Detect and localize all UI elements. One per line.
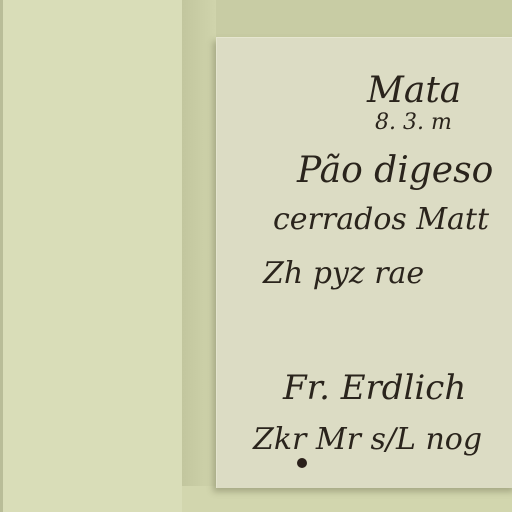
note-line-4: cerrados Matt <box>273 202 489 237</box>
mat-edge <box>0 0 3 512</box>
note-line-6: Fr. Erdlich <box>283 368 466 408</box>
mat-bottom <box>182 486 512 512</box>
note-line-3: Pão digeso <box>297 150 493 191</box>
note-line-5: Zh pyz rae <box>263 256 424 291</box>
note-line-1: Mata <box>367 70 461 111</box>
ink-blot <box>297 458 307 468</box>
note-line-2: 8. 3. m <box>375 110 452 135</box>
note-line-7: Zkr Mr s/L nog <box>253 422 482 457</box>
mat-shadow <box>182 0 216 512</box>
handwritten-note: Mata 8. 3. m Pão digeso cerrados Matt Zh… <box>216 37 512 488</box>
mat-left-panel <box>0 0 182 512</box>
